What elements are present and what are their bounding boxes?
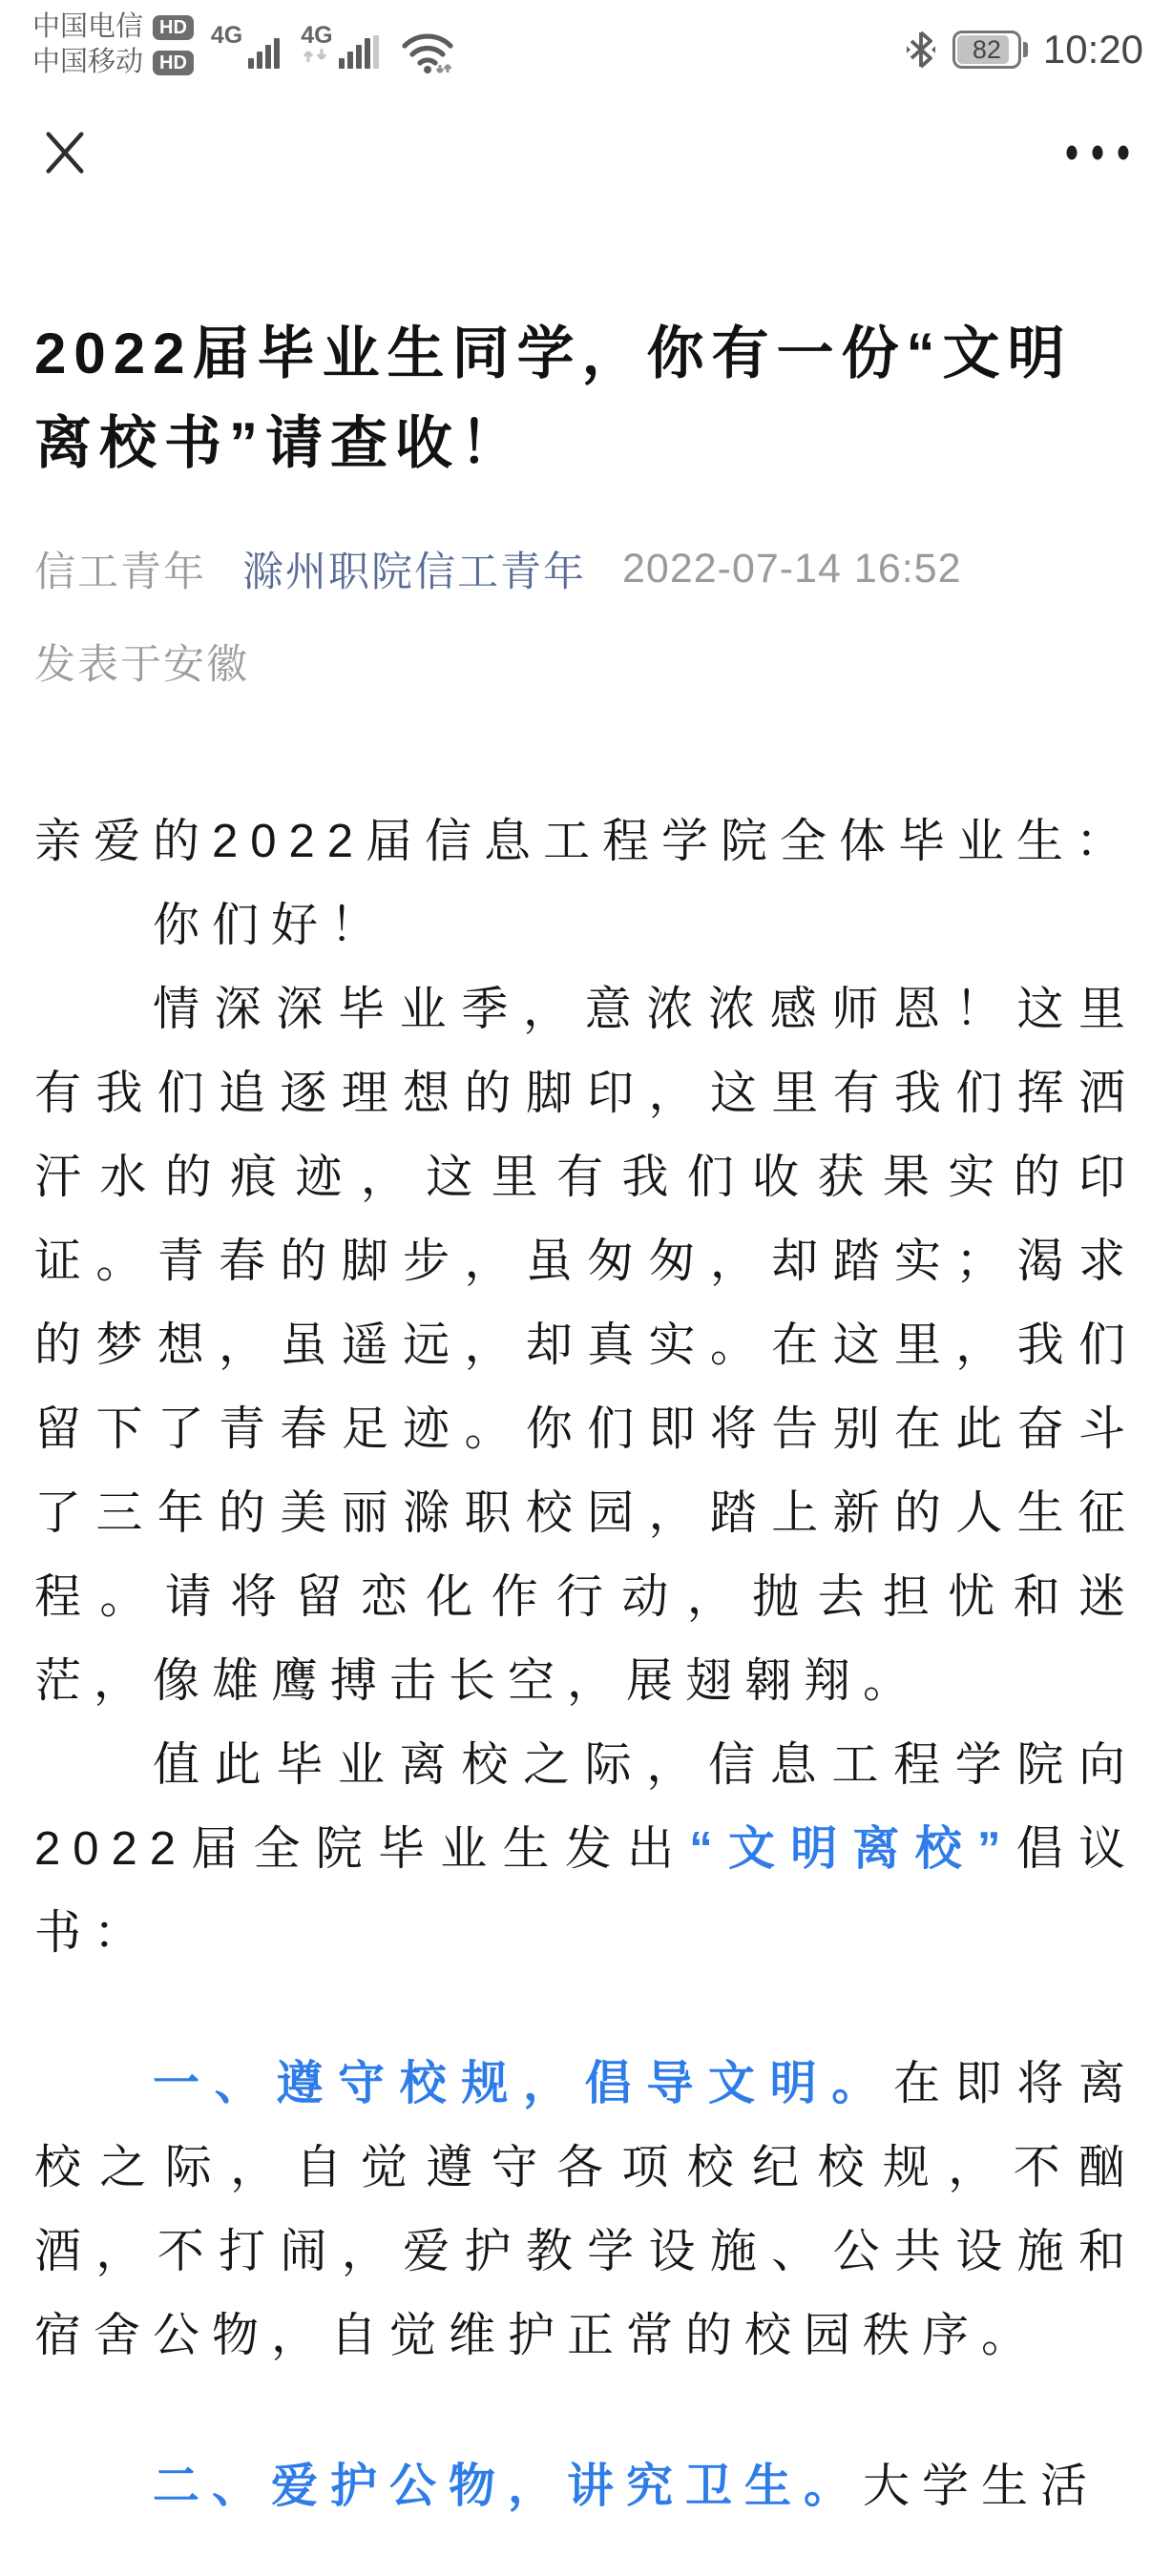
article-paragraph: 亲爱的2022届信息工程学院全体毕业生： (34, 800, 1138, 883)
body-text: 你们好！ (153, 900, 389, 951)
author-name: 信工青年 (34, 540, 206, 598)
signal-group-2: 4G (301, 23, 379, 79)
article-byline: 信工青年 滁州职院信工青年 2022-07-14 16:52 (34, 540, 1138, 598)
article-title-line-1: 2022届毕业生同学，你有一份“文明 (34, 309, 1138, 399)
wifi-wrap (400, 31, 455, 79)
battery-body: 82 (952, 31, 1021, 69)
publish-location: 发表于安徽 (34, 633, 1138, 691)
more-button[interactable] (1057, 137, 1138, 168)
body-text: 亲爱的2022届信息工程学院全体毕业生： (34, 816, 1135, 867)
battery-percent: 82 (973, 35, 1001, 65)
signal-bars-icon-1 (248, 34, 280, 69)
status-bar: 中国电信 HD 中国移动 HD 4G 4G (0, 0, 1172, 95)
article-paragraph: 值此毕业离校之际，信息工程学院向2022届全院毕业生发出“文明离校”倡议书： (34, 1723, 1138, 1975)
body-text: 情深深毕业季，意浓浓感师恩！这里有我们追逐理想的脚印，这里有我们挥洒汗水的痕迹，… (34, 984, 1138, 1707)
carrier-list: 中国电信 HD 中国移动 HD (32, 11, 194, 78)
bluetooth-icon (905, 29, 937, 71)
close-icon (40, 128, 90, 177)
highlighted-text: “文明离校” (689, 1823, 1013, 1875)
carrier-name-2: 中国移动 (32, 47, 143, 78)
article-paragraph: 一、遵守校规，倡导文明。在即将离校之际，自觉遵守各项校纪校规，不酗酒，不打闹，爱… (34, 2042, 1138, 2378)
article-paragraph: 你们好！ (34, 883, 1138, 967)
article-content: 2022届毕业生同学，你有一份“文明 离校书”请查收！ 信工青年 滁州职院信工青… (0, 309, 1172, 2528)
article-paragraph: 二、爱护公物，讲究卫生。大学生活 (34, 2444, 1138, 2528)
status-bar-right: 82 10:20 (905, 27, 1143, 73)
wifi-icon (400, 31, 455, 74)
hd-badge-1: HD (153, 15, 194, 40)
network-type-label-2: 4G (301, 23, 332, 48)
battery-indicator: 82 (952, 31, 1028, 69)
battery-nub (1023, 42, 1028, 57)
official-account-link[interactable]: 滁州职院信工青年 (242, 540, 586, 598)
carrier-name-1: 中国电信 (32, 11, 143, 43)
network-type-label-1: 4G (211, 23, 242, 48)
article-title: 2022届毕业生同学，你有一份“文明 离校书”请查收！ (34, 309, 1138, 488)
publish-timestamp: 2022-07-14 16:52 (622, 546, 962, 592)
nav-bar (0, 95, 1172, 210)
carrier-row-1: 中国电信 HD (32, 11, 194, 43)
signal-group-1: 4G (211, 23, 280, 79)
data-updown-arrows-icon (301, 48, 333, 63)
signal-bars-icon-2 (339, 34, 379, 69)
hd-badge-2: HD (153, 51, 194, 75)
article-body: 亲爱的2022届信息工程学院全体毕业生：你们好！情深深毕业季，意浓浓感师恩！这里… (34, 800, 1138, 2528)
network-indicators: 4G 4G (211, 23, 455, 79)
status-bar-left: 中国电信 HD 中国移动 HD 4G 4G (32, 11, 455, 79)
carrier-row-2: 中国移动 HD (32, 47, 194, 78)
wechat-article-screen: 中国电信 HD 中国移动 HD 4G 4G (0, 0, 1172, 2576)
highlighted-text: 二、爱护公物，讲究卫生。 (153, 2461, 863, 2512)
article-paragraph: 情深深毕业季，意浓浓感师恩！这里有我们追逐理想的脚印，这里有我们挥洒汗水的痕迹，… (34, 967, 1138, 1723)
highlighted-text: 一、遵守校规，倡导文明。 (153, 2058, 893, 2109)
clock-time: 10:20 (1043, 27, 1143, 73)
article-title-line-2: 离校书”请查收！ (34, 399, 1138, 488)
more-dots-icon (1063, 143, 1132, 162)
body-text: 大学生活 (863, 2461, 1099, 2512)
close-button[interactable] (34, 122, 95, 183)
